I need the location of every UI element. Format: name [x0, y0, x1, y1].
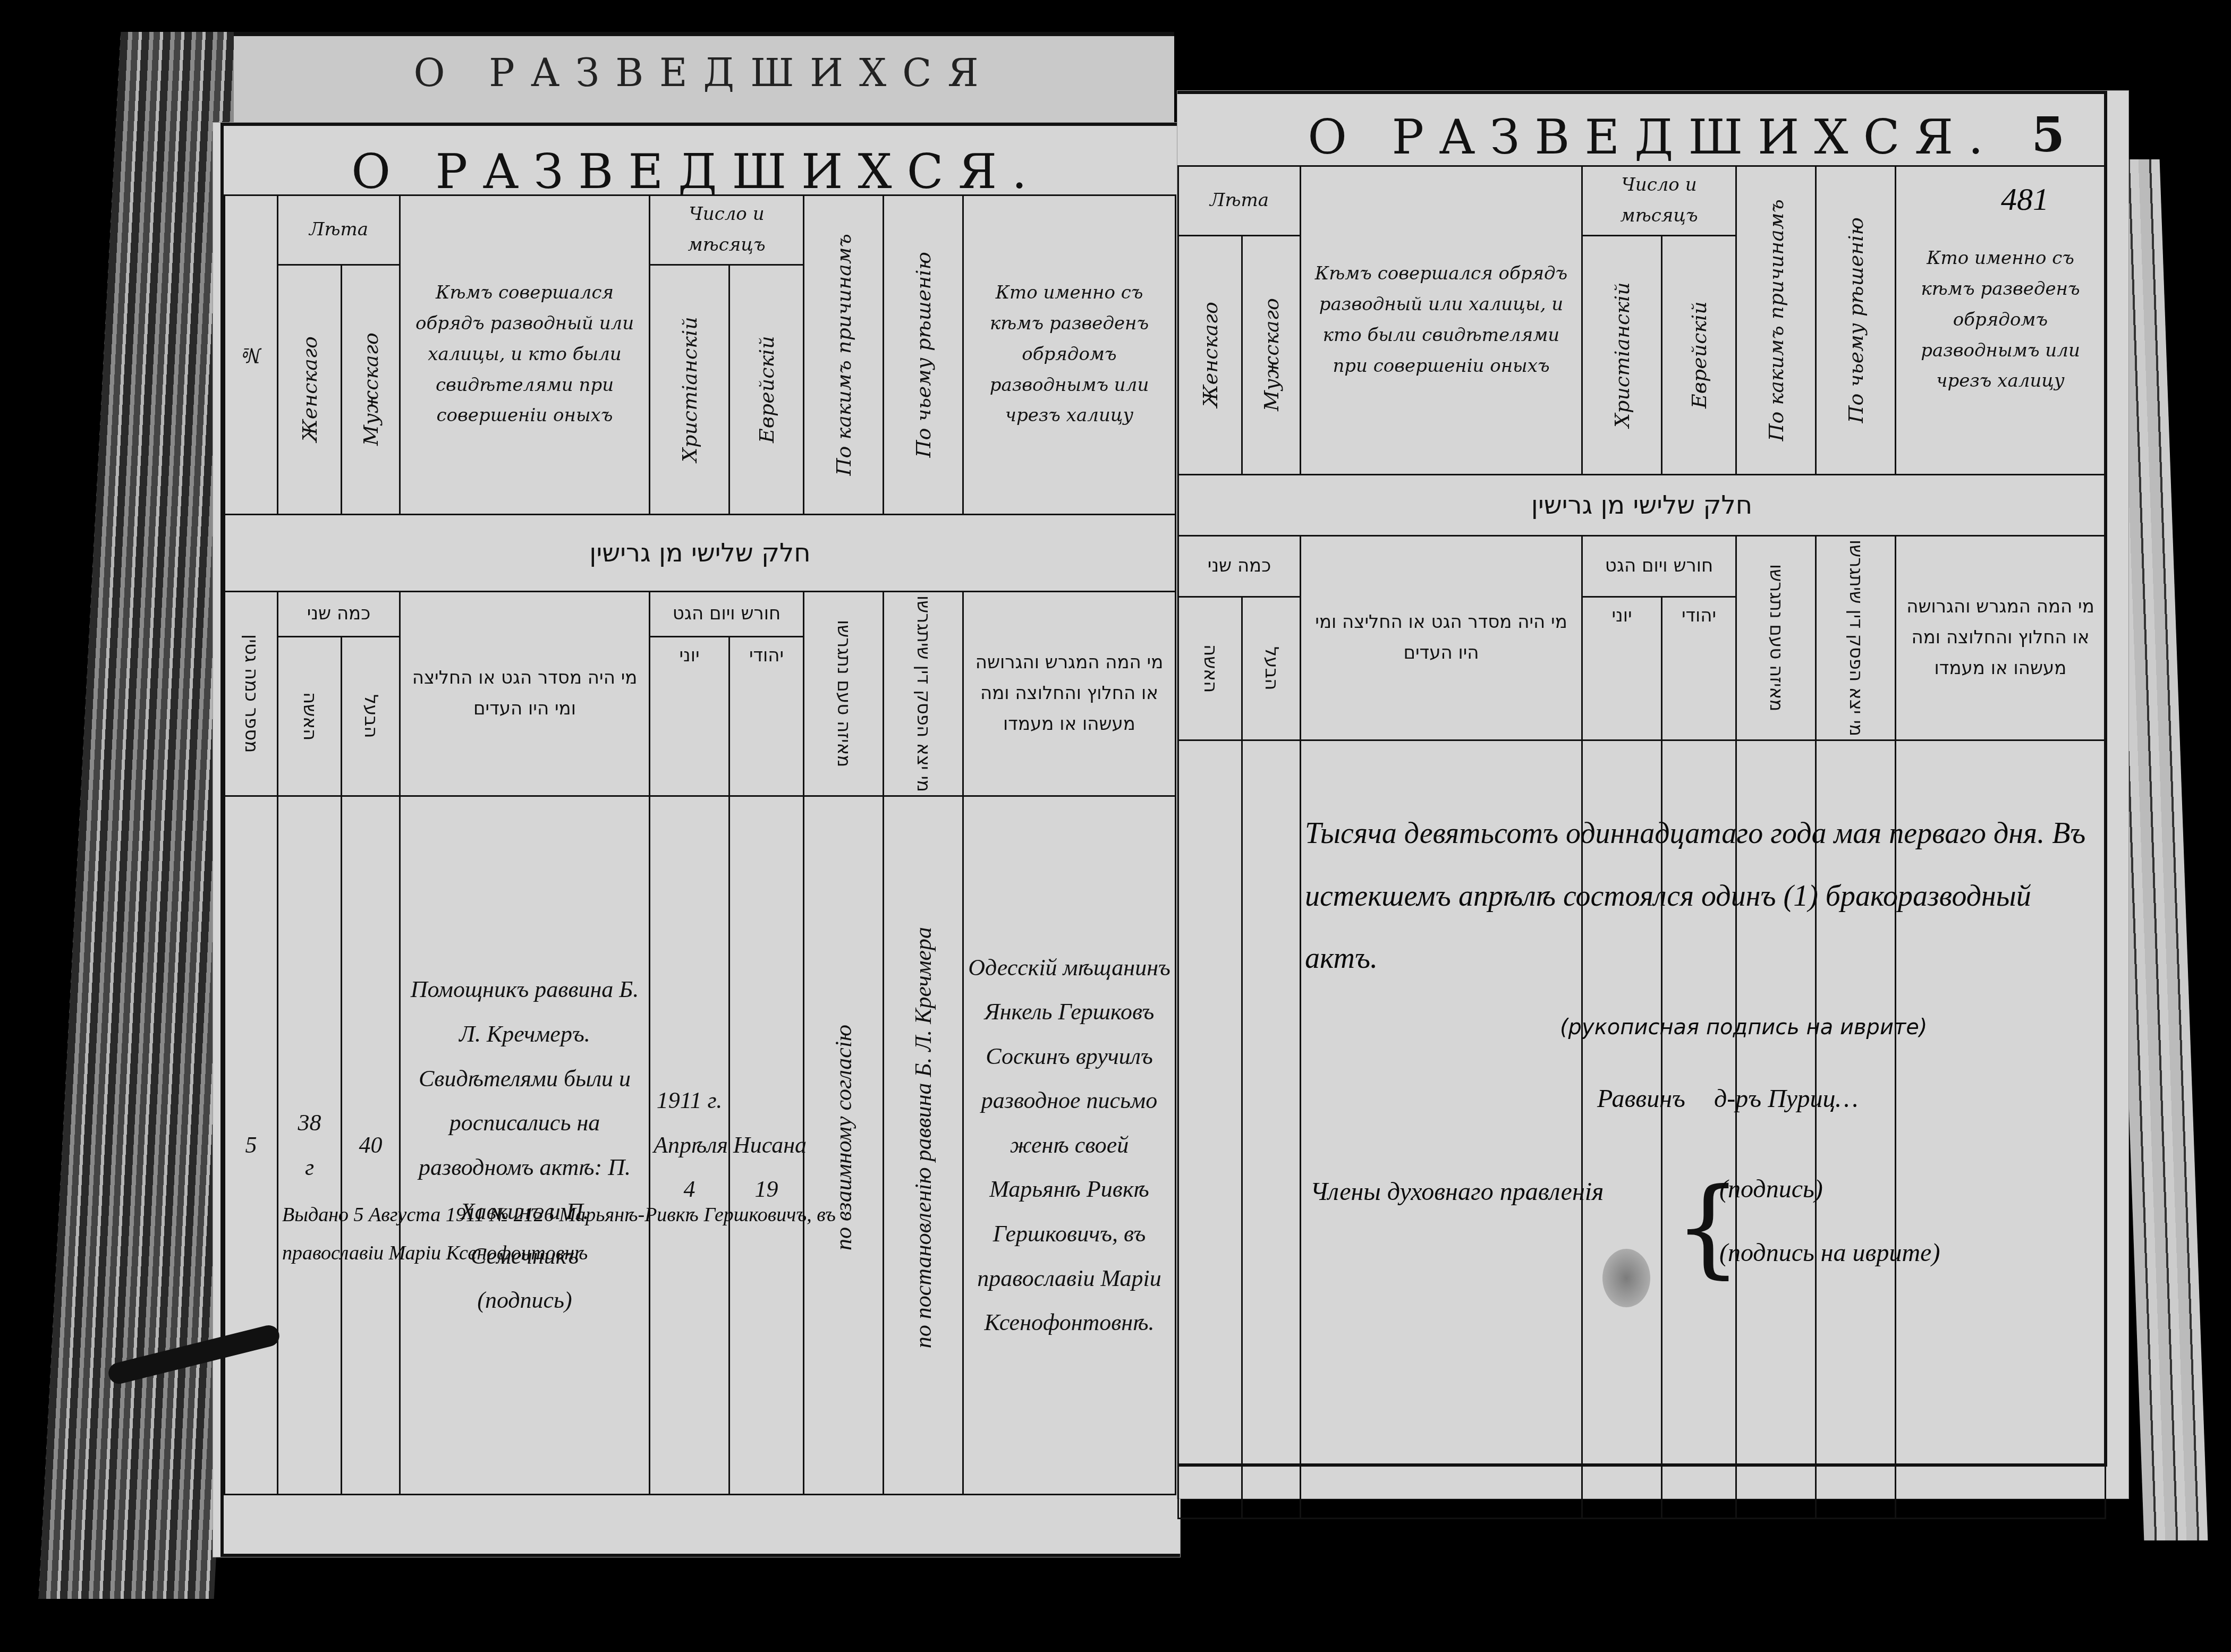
- issuance-note: Выдано 5 Августа 1911 № 2126 Марьянѣ-Рив…: [282, 1196, 867, 1272]
- he-header-who-divorced: מי המה המגרש והגרושה או החלוץ והחלוצה ומ…: [963, 591, 1176, 796]
- ink-seal-stain: [1602, 1249, 1650, 1307]
- left-page: О РАЗВЕДШИХСЯ. № Лѣта Кѣмъ совершался об…: [213, 122, 1181, 1557]
- header-decision: По чьему рѣшенію: [884, 195, 963, 515]
- header-rite-witnesses: Кѣмъ совершался обрядъ разводный или хал…: [400, 195, 650, 515]
- header-date-christian: Христіанскій: [1582, 235, 1662, 474]
- header-date-christian: Христіанскій: [650, 265, 729, 514]
- entry-number: 5: [225, 796, 278, 1494]
- he-header-rite-witnesses: מי היה מסדר הגט או החליצה ומי היו העדים: [400, 591, 650, 796]
- header-reason: По какимъ причинамъ: [804, 195, 884, 515]
- entry-age-female: 38 г: [278, 796, 342, 1494]
- entry-age-male: 40: [342, 796, 400, 1494]
- board-signature-2: (подпись на иврите): [1719, 1238, 1940, 1267]
- header-reason: По какимъ причинамъ: [1736, 166, 1816, 475]
- hebrew-section-title: חלק שלישי מן גרישין: [1178, 474, 2106, 535]
- entry-decision: по постановленію раввина Б. Л. Кречмера: [884, 796, 963, 1494]
- left-register-table: № Лѣта Кѣмъ совершался обрядъ разводный …: [224, 194, 1176, 1495]
- closing-record: Тысяча девятьсотъ одиннадцатаго года мая…: [1305, 803, 2091, 990]
- left-page-title: О РАЗВЕДШИХСЯ.: [213, 144, 1180, 200]
- he-header-date-jewish: יהודי: [729, 636, 804, 796]
- header-date-hebrew: Еврейскій: [1662, 235, 1736, 474]
- header-age-group: Лѣта: [278, 195, 400, 265]
- header-who-divorced: Кто именно съ кѣмъ разведенъ обрядомъ ра…: [1896, 166, 2106, 475]
- he-header-decision: מי יצא הפסק דין שיתגרשו: [884, 591, 963, 796]
- he-header-age-group: כמה שני: [1178, 535, 1301, 597]
- he-header-number: מספר כמה גטין: [225, 591, 278, 796]
- header-age-female: Женскаго: [278, 265, 342, 514]
- he-header-age-male: הבעל: [1242, 597, 1301, 740]
- header-rite-witnesses: Кѣмъ совершался обрядъ разводный или хал…: [1301, 166, 1582, 475]
- underlying-page-title: О РАЗВЕДШИХСЯ: [234, 50, 1174, 95]
- header-date-group: Число и мѣсяцъ: [650, 195, 804, 265]
- entry-date-christian: 1911 г. Апрѣля 4: [650, 796, 729, 1494]
- header-age-female: Женскаго: [1178, 235, 1242, 474]
- age-female-note: г: [305, 1154, 314, 1180]
- header-age-group: Лѣта: [1178, 166, 1301, 236]
- header-date-hebrew: Еврейскій: [729, 265, 804, 514]
- header-decision: По чьему рѣшенію: [1816, 166, 1896, 475]
- spiritual-board-label: Члены духовнаго правленія: [1310, 1164, 1608, 1220]
- entry-reason: по взаимному согласію: [804, 796, 884, 1494]
- age-female-value: 38: [298, 1110, 321, 1136]
- he-header-date-greek: יוני: [650, 636, 729, 796]
- he-header-decision: מי יצא הפסק דין שיתגרשו: [1816, 535, 1896, 740]
- entry-who-divorced: Одесскій мѣщанинъ Янкель Гершковъ Соскин…: [963, 796, 1176, 1494]
- he-header-who-divorced: מי המה המגרש והגרושה או החלוץ והחלוצה ומ…: [1896, 535, 2106, 740]
- he-header-date-jewish: יהודי: [1662, 597, 1736, 740]
- right-page-title: О РАЗВЕДШИХСЯ.: [1177, 109, 2128, 165]
- header-date-group: Число и мѣсяцъ: [1582, 166, 1736, 236]
- page-number: 5: [2031, 107, 2065, 163]
- he-header-date-group: חורש ויום הגט: [650, 591, 804, 636]
- rabbi-signature: д-ръ Пуриц…: [1714, 1084, 1858, 1113]
- he-header-date-greek: יוני: [1582, 597, 1662, 740]
- entry-rite-witnesses: Помощникъ раввина Б. Л. Кречмеръ. Свидѣт…: [400, 796, 650, 1494]
- he-header-reason: מאיזה טעם נתגרשו: [1736, 535, 1816, 740]
- table-row: 5 38 г 40 Помощникъ раввина Б. Л. Кречме…: [225, 796, 1176, 1494]
- he-header-age-female: האשה: [1178, 597, 1242, 740]
- entry-date-hebrew: Нисана 19: [729, 796, 804, 1494]
- he-header-age-female: האשה: [278, 636, 342, 796]
- witness-signature: (подпись): [477, 1287, 572, 1313]
- header-age-male: Мужскаго: [342, 265, 400, 514]
- rabbi-label: Раввинъ: [1597, 1084, 1685, 1113]
- board-signature-1: (подпись): [1719, 1174, 1823, 1204]
- header-age-male: Мужскаго: [1242, 235, 1301, 474]
- header-who-divorced: Кто именно съ кѣмъ разведенъ обрядомъ ра…: [963, 195, 1176, 515]
- he-header-rite-witnesses: מי היה מסדר הגט או החליצה ומי היו העדים: [1301, 535, 1582, 740]
- entry-year: 1911 г.: [657, 1087, 722, 1113]
- he-header-reason: מאיזה טעם נתגרשו: [804, 591, 884, 796]
- he-header-age-male: הבעל: [342, 636, 400, 796]
- hebrew-section-title: חלק שלישי מן גרישין: [225, 514, 1176, 591]
- right-page: О РАЗВЕДШИХСЯ. 5 481 Лѣта Кѣмъ совершалс…: [1177, 90, 2129, 1499]
- header-number: №: [225, 195, 278, 515]
- he-header-age-group: כמה שני: [278, 591, 400, 636]
- closing-record-hebrew: (рукописная подпись на иврите): [1560, 1015, 1927, 1040]
- he-header-date-group: חורש ויום הגט: [1582, 535, 1736, 597]
